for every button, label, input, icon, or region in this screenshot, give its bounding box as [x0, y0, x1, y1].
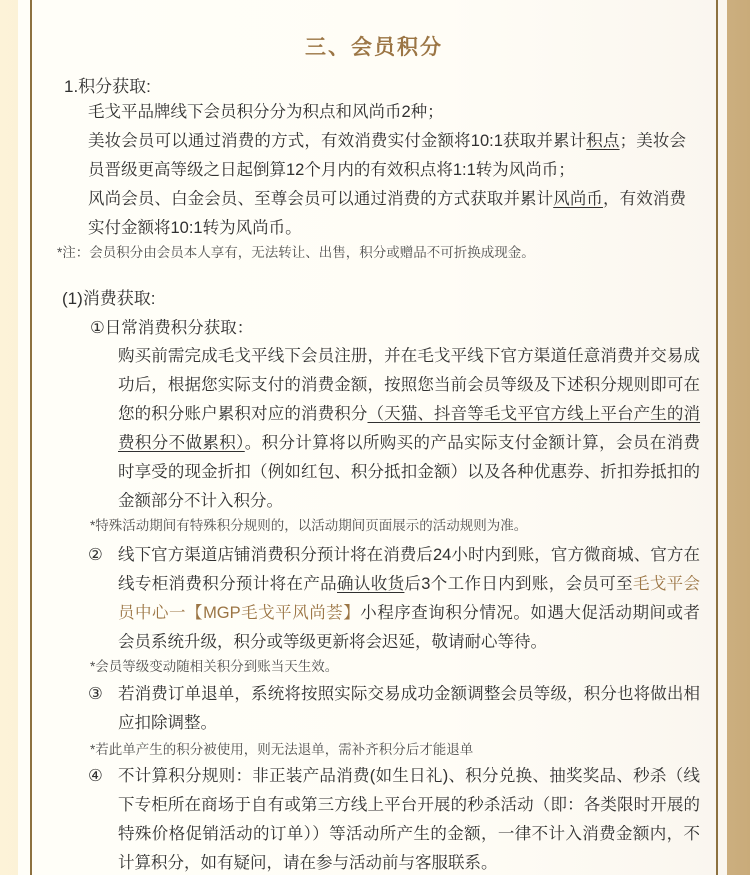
rule-1-note: *特殊活动期间有特殊积分规则的，以活动期间页面展示的活动规则为准。	[90, 516, 716, 535]
text-segment: 积点	[586, 132, 619, 150]
text-segment: 后3个工作日内到账，会员可至	[404, 575, 633, 593]
rule-2-note: *会员等级变动随相关积分到账当天生效。	[90, 657, 716, 676]
rule-2-body: 线下官方渠道店铺消费积分预计将在消费后24小时内到账，官方微商城、官方在线专柜消…	[118, 541, 700, 657]
rule-1-body: 购买前需完成毛戈平线下会员注册，并在毛戈平线下官方渠道任意消费并交易成功后，根据…	[118, 342, 700, 516]
rule-2-row: ② 线下官方渠道店铺消费积分预计将在消费后24小时内到账，官方微商城、官方在线专…	[32, 541, 700, 657]
content-panel: 三、会员积分 1.积分获取: 毛戈平品牌线下会员积分分为积点和风尚币2种； 美妆…	[18, 0, 727, 875]
text-segment: 风尚币	[553, 190, 603, 208]
text-segment: 毛戈平品牌线下会员积分分为积点和风尚币2种；	[88, 103, 444, 121]
text-segment: 风尚会员、白金会员、至尊会员可以通过消费的方式获取并累计	[88, 190, 553, 208]
page-background: 三、会员积分 1.积分获取: 毛戈平品牌线下会员积分分为积点和风尚币2种； 美妆…	[0, 0, 750, 875]
intro-line-3: 风尚会员、白金会员、至尊会员可以通过消费的方式获取并累计风尚币，有效消费实付金额…	[88, 185, 686, 243]
consumption-heading: (1)消费获取:	[62, 288, 716, 310]
rule-1-heading: ①日常消费积分获取：	[90, 317, 716, 339]
intro-line-1: 毛戈平品牌线下会员积分分为积点和风尚币2种；	[88, 98, 686, 127]
rule-item-2: ② 线下官方渠道店铺消费积分预计将在消费后24小时内到账，官方微商城、官方在线专…	[32, 541, 716, 676]
intro-line-2: 美妆会员可以通过消费的方式，有效消费实付金额将10:1获取并累计积点；美妆会员晋…	[88, 127, 686, 185]
rule-item-3: ③ 若消费订单退单，系统将按照实际交易成功金额调整会员等级，积分也将做出相应扣除…	[32, 680, 716, 759]
rule-3-number: ③	[88, 680, 103, 709]
intro-note: *注：会员积分由会员本人享有，无法转让、出售，积分或赠品不可折换成现金。	[57, 243, 716, 262]
text-segment: 若消费订单退单，系统将按照实际交易成功金额调整会员等级，积分也将做出相应扣除调整…	[118, 685, 700, 732]
rule-2-number: ②	[88, 541, 103, 570]
text-segment: 美妆会员可以通过消费的方式，有效消费实付金额将10:1获取并累计	[88, 132, 586, 150]
rule-3-note: *若此单产生的积分被使用，则无法退单，需补齐积分后才能退单	[90, 740, 716, 759]
text-segment: 不计算积分规则：非正装产品消费(如生日礼)、积分兑换、抽奖奖品、秒杀（线下专柜所…	[118, 767, 700, 872]
rule-3-row: ③ 若消费订单退单，系统将按照实际交易成功金额调整会员等级，积分也将做出相应扣除…	[32, 680, 700, 738]
rule-4-number: ④	[88, 762, 103, 791]
rule-item-4: ④ 不计算积分规则：非正装产品消费(如生日礼)、积分兑换、抽奖奖品、秒杀（线下专…	[32, 762, 716, 875]
rule-4-body: 不计算积分规则：非正装产品消费(如生日礼)、积分兑换、抽奖奖品、秒杀（线下专柜所…	[118, 762, 700, 875]
rule-4-row: ④ 不计算积分规则：非正装产品消费(如生日礼)、积分兑换、抽奖奖品、秒杀（线下专…	[32, 762, 700, 875]
text-segment: 确认收货	[337, 575, 404, 593]
gold-frame: 三、会员积分 1.积分获取: 毛戈平品牌线下会员积分分为积点和风尚币2种； 美妆…	[30, 0, 718, 875]
intro-paragraph: 毛戈平品牌线下会员积分分为积点和风尚币2种； 美妆会员可以通过消费的方式，有效消…	[32, 98, 716, 243]
rule-item-1: ①日常消费积分获取： 购买前需完成毛戈平线下会员注册，并在毛戈平线下官方渠道任意…	[32, 317, 716, 535]
rule-3-body: 若消费订单退单，系统将按照实际交易成功金额调整会员等级，积分也将做出相应扣除调整…	[118, 680, 700, 738]
points-acquisition-heading: 1.积分获取:	[64, 76, 716, 98]
page-title: 三、会员积分	[32, 0, 716, 63]
